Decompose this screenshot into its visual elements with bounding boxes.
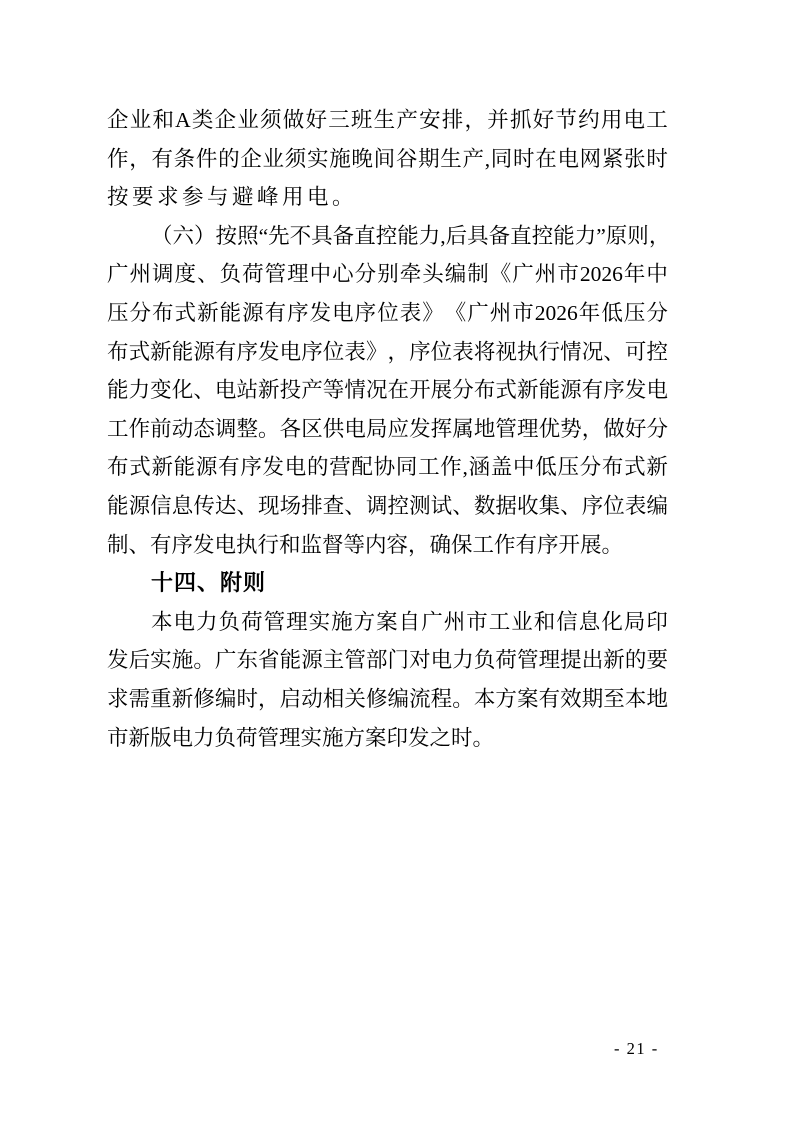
text-line: 布式新能源有序发电的营配协同工作,涵盖中低压分布式新: [107, 448, 668, 487]
text-line: 能力变化、电站新投产等情况在开展分布式新能源有序发电: [107, 371, 668, 410]
text-line: 布式新能源有序发电序位表》，序位表将视执行情况、可控: [107, 333, 668, 372]
para-item-six-sequence-tables: （六）按照“先不具备直控能力,后具备直控能力”原则，广州调度、负荷管理中心分别牵…: [107, 217, 668, 564]
text-line: 制、有序发电执行和监督等内容，确保工作有序开展。: [107, 526, 668, 565]
para-production-arrangement: 企业和A类企业须做好三班生产安排，并抓好节约用电工作，有条件的企业须实施晚间谷期…: [107, 101, 668, 217]
text-line: 广州调度、负荷管理中心分别牵头编制《广州市2026年中: [107, 255, 668, 294]
text-line: 企业和A类企业须做好三班生产安排，并抓好节约用电工: [107, 101, 668, 140]
text-line: 能源信息传达、现场排查、调控测试、数据收集、序位表编: [107, 487, 668, 526]
para-supplementary-provisions: 本电力负荷管理实施方案自广州市工业和信息化局印发后实施。广东省能源主管部门对电力…: [107, 603, 668, 757]
text-line: 压分布式新能源有序发电序位表》《广州市2026年低压分: [107, 294, 668, 333]
text-line: （六）按照“先不具备直控能力,后具备直控能力”原则，: [107, 217, 668, 256]
text-line: 工作前动态调整。各区供电局应发挥属地管理优势，做好分: [107, 410, 668, 449]
text-line: 作，有条件的企业须实施晚间谷期生产,同时在电网紧张时: [107, 140, 668, 179]
section-heading: 十四、附则: [107, 564, 668, 603]
text-line: 按要求参与避峰用电。: [107, 178, 668, 217]
heading-section-fourteen: 十四、附则: [107, 564, 668, 603]
text-line: 本电力负荷管理实施方案自广州市工业和信息化局印: [107, 603, 668, 642]
text-line: 发后实施。广东省能源主管部门对电力负荷管理提出新的要: [107, 641, 668, 680]
document-page: 企业和A类企业须做好三班生产安排，并抓好节约用电工作，有条件的企业须实施晚间谷期…: [0, 0, 793, 1122]
document-body: 企业和A类企业须做好三班生产安排，并抓好节约用电工作，有条件的企业须实施晚间谷期…: [107, 101, 668, 757]
text-line: 市新版电力负荷管理实施方案印发之时。: [107, 719, 668, 758]
page-number: - 21 -: [614, 1039, 659, 1059]
text-line: 求需重新修编时，启动相关修编流程。本方案有效期至本地: [107, 680, 668, 719]
